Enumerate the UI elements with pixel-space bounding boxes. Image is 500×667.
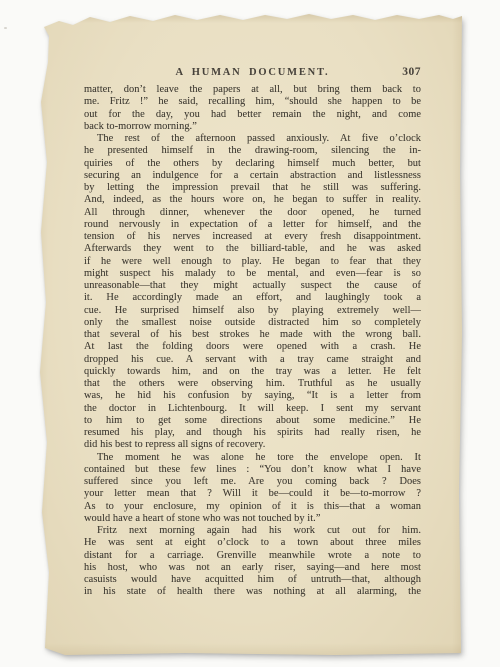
- text-line: if he were well enough to play. He began…: [84, 256, 421, 268]
- text-line: As to your enclosure, my opinion of it i…: [84, 501, 421, 513]
- text-line: in his state of health there was nothing…: [84, 586, 421, 598]
- text-line: unreasonable—that they might actually su…: [84, 280, 421, 292]
- text-line: he presented himself in the drawing-room…: [84, 145, 421, 157]
- book-page-wrapper: A HUMAN DOCUMENT. 307 matter, don’t leav…: [35, 12, 462, 655]
- text-line: Afterwards they went to the billiard-tab…: [84, 243, 421, 255]
- text-line: securing an indulgence for a certain abs…: [84, 170, 421, 182]
- text-line: distant for a carriage. Grenville meanwh…: [84, 550, 421, 562]
- text-line: The moment he was alone he tore the enve…: [84, 452, 421, 464]
- text-line: At last the folding doors were opened wi…: [84, 341, 421, 353]
- text-line: out for the day, you had better remain t…: [84, 109, 421, 121]
- text-line: would have a heart of stone who was not …: [84, 513, 421, 525]
- text-line: only the smallest noise outside distract…: [84, 317, 421, 329]
- page-title: A HUMAN DOCUMENT.: [84, 67, 421, 78]
- text-line: quickly towards him, and on the tray was…: [84, 366, 421, 378]
- page-number: 307: [402, 66, 421, 78]
- text-line: the doctor in Lichtenbourg. It will keep…: [84, 403, 421, 415]
- text-line: Fritz next morning again had his work cu…: [84, 525, 421, 537]
- text-line: contained but these few lines : “You don…: [84, 464, 421, 476]
- dust-speck: [4, 27, 7, 29]
- text-line: might suspect his malady to be mental, a…: [84, 268, 421, 280]
- text-line: me. Fritz !” he said, recalling him, “sh…: [84, 96, 421, 108]
- page-text: matter, don’t leave the papers at all, b…: [84, 84, 421, 599]
- text-line: did his best to repress all signs of rec…: [84, 439, 421, 451]
- text-line: cue. He surprised himself also by playin…: [84, 305, 421, 317]
- text-line: tension of his nerves increased at every…: [84, 231, 421, 243]
- text-line: casuists would have acquitted him of unt…: [84, 574, 421, 586]
- text-line: it. He accordingly made an effort, and l…: [84, 292, 421, 304]
- text-line: was, he hid his confusion by saying, “It…: [84, 390, 421, 402]
- text-line: your letter mean that ? Will it be—could…: [84, 488, 421, 500]
- text-line: All through dinner, whenever the door op…: [84, 207, 421, 219]
- text-line: that the others were observing him. Trut…: [84, 378, 421, 390]
- scan-background: A HUMAN DOCUMENT. 307 matter, don’t leav…: [0, 0, 500, 667]
- text-line: his host, who was not an early riser, sa…: [84, 562, 421, 574]
- text-line: back to-morrow morning.”: [84, 121, 421, 133]
- text-line: And, indeed, as the hours wore on, he be…: [84, 194, 421, 206]
- text-line: resumed his play, and though his spirits…: [84, 427, 421, 439]
- text-line: matter, don’t leave the papers at all, b…: [84, 84, 421, 96]
- text-line: He was sent at eight o’clock to a town a…: [84, 537, 421, 549]
- text-line: dropped his cue. A servant with a tray c…: [84, 354, 421, 366]
- text-line: The rest of the afternoon passed anxious…: [84, 133, 421, 145]
- text-line: round nervously in expectation of a lett…: [84, 219, 421, 231]
- text-line: suffered since you left me. Are you comi…: [84, 476, 421, 488]
- running-head: A HUMAN DOCUMENT. 307: [84, 67, 421, 81]
- book-page: A HUMAN DOCUMENT. 307 matter, don’t leav…: [35, 12, 462, 655]
- text-line: that several of his best strokes he made…: [84, 329, 421, 341]
- text-line: to him to get some directions about some…: [84, 415, 421, 427]
- text-line: by letting the impression prevail that h…: [84, 182, 421, 194]
- text-line: quiries of the others by declaring himse…: [84, 158, 421, 170]
